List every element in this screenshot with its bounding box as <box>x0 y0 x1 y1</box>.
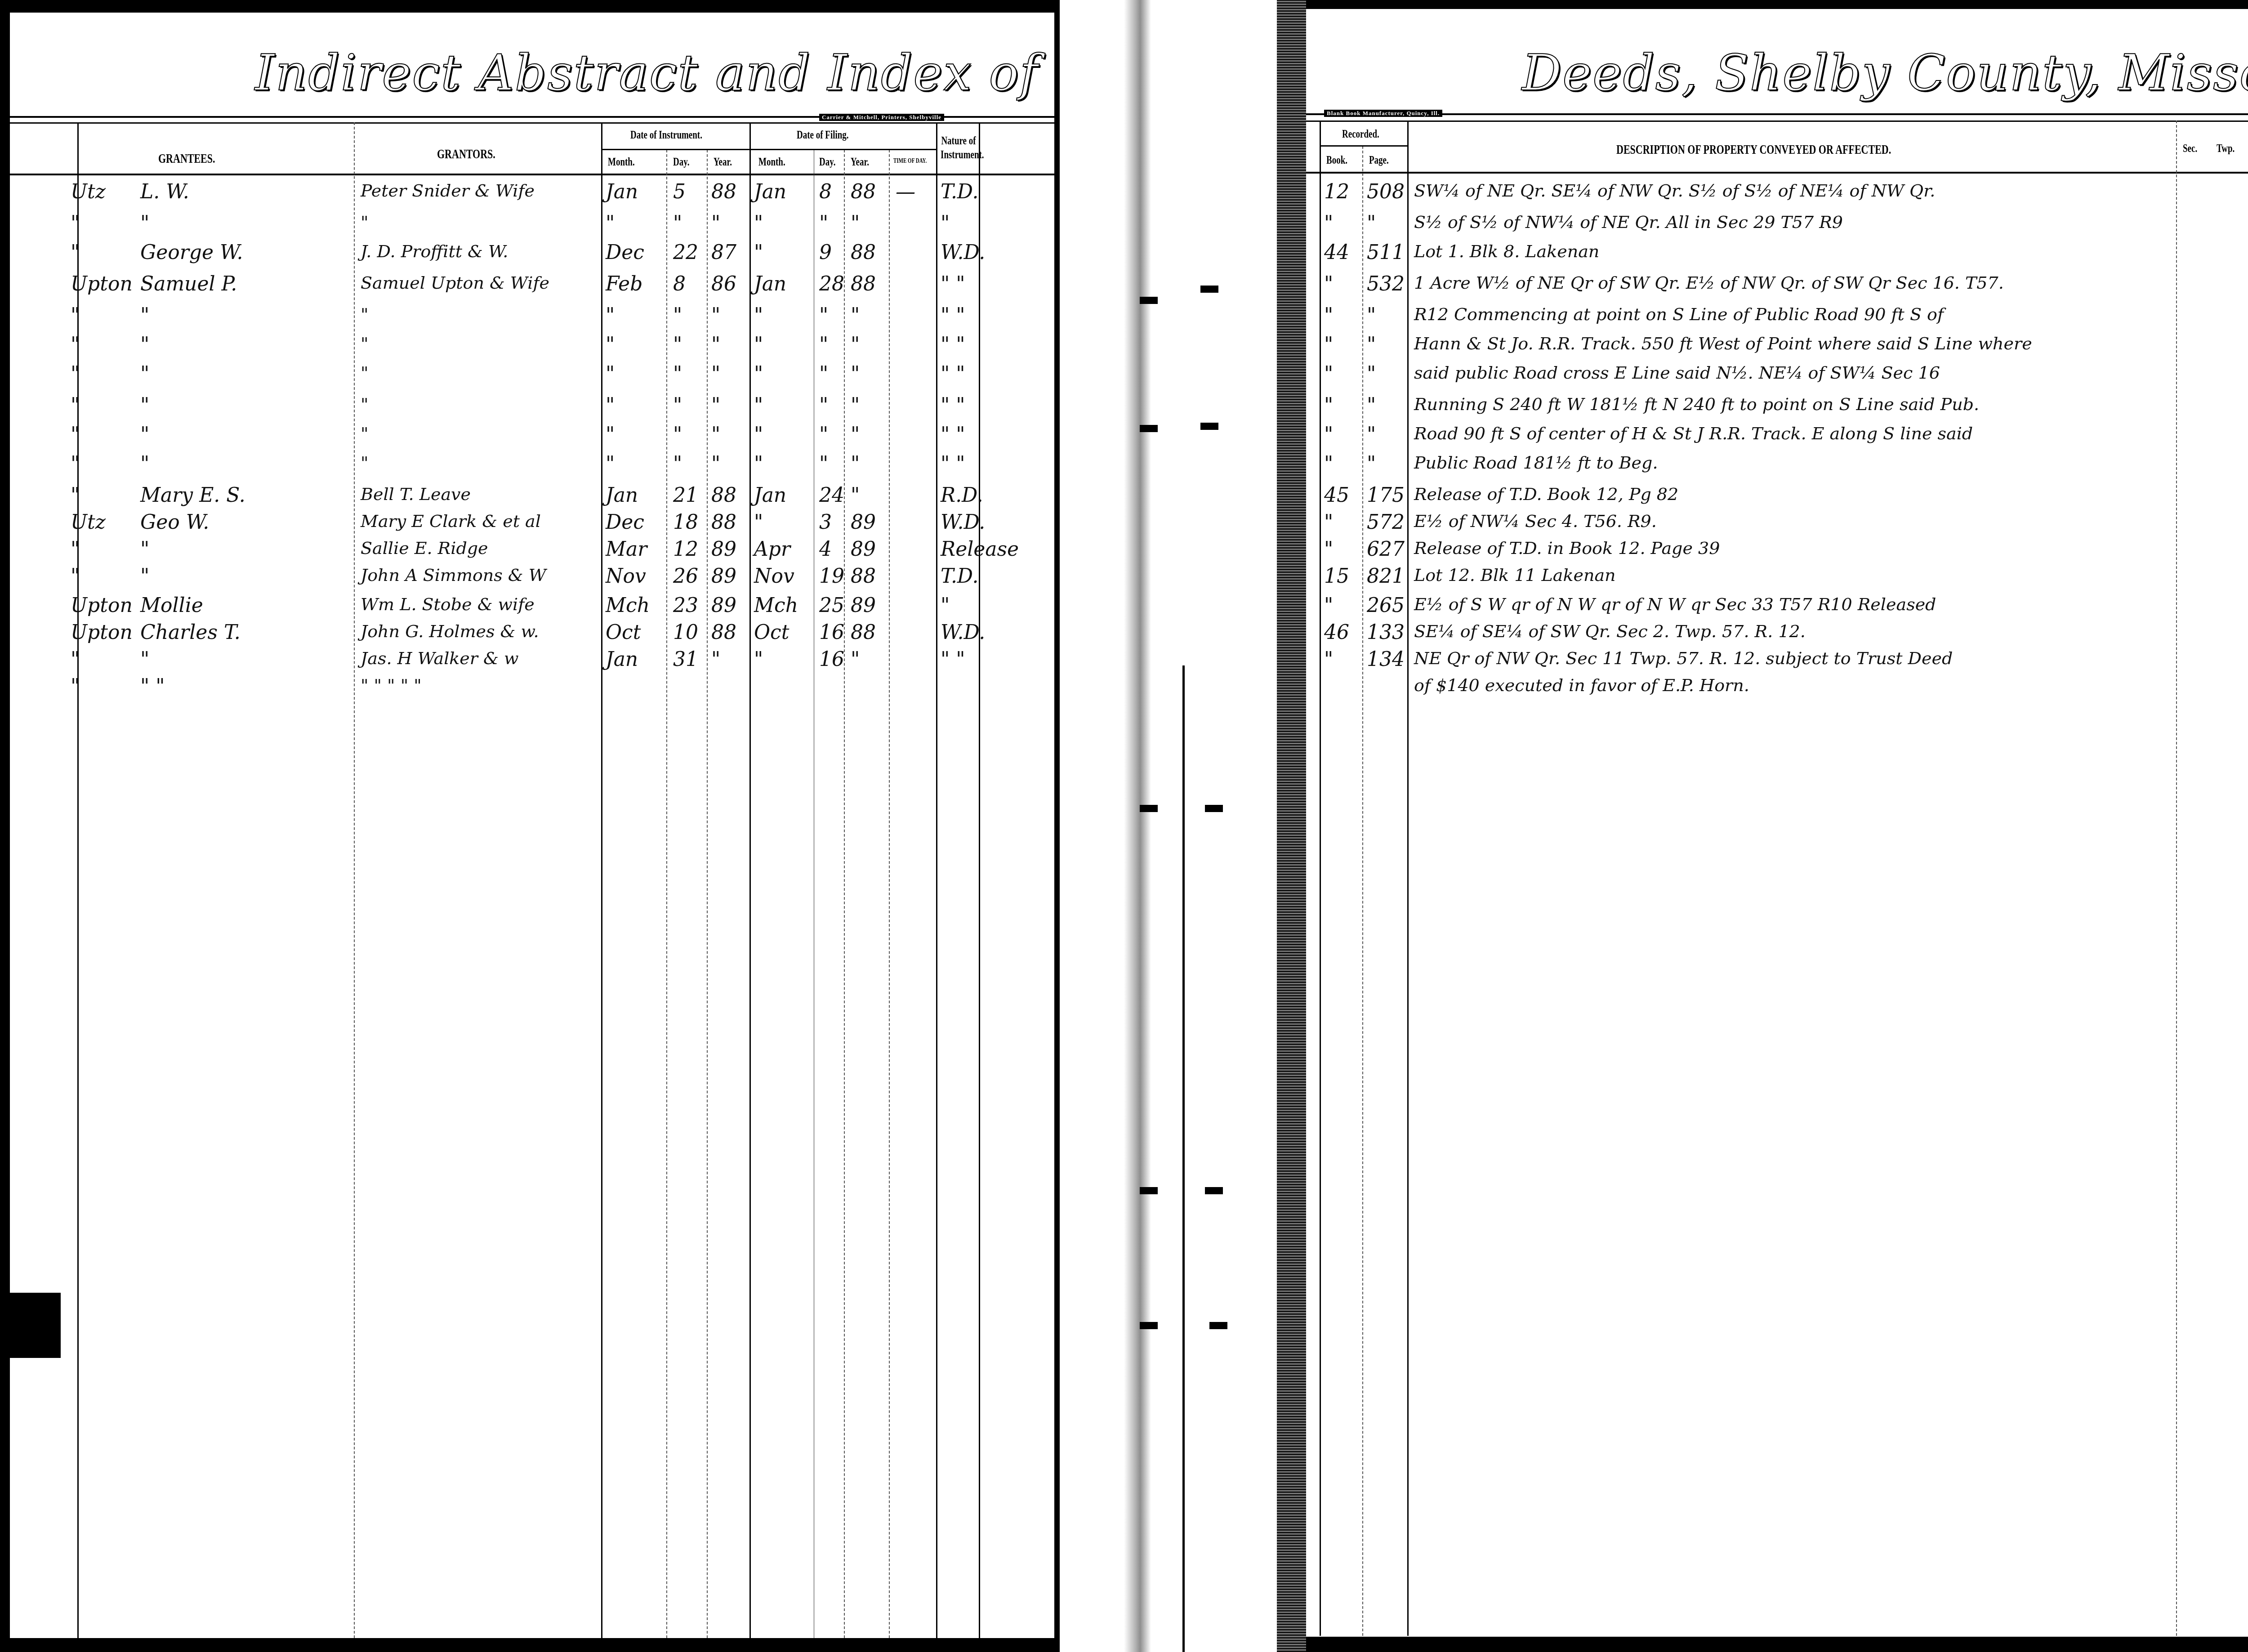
gutter-fold <box>1124 0 1151 1652</box>
entry-grantee-given: " <box>140 540 149 559</box>
entry-inst-year: " <box>711 335 720 355</box>
entry-file-year: " <box>851 364 860 384</box>
entry-page: 572 <box>1367 513 1405 532</box>
entry-inst-year: 88 <box>711 182 736 202</box>
entry-inst-month: " <box>606 364 615 384</box>
entry-grantee-given: Mollie <box>140 596 203 616</box>
entry-file-day: 24 <box>819 486 844 505</box>
entry-file-month: " <box>754 396 763 415</box>
entry-file-year: 88 <box>851 182 876 202</box>
entry-description: Running S 240 ft W 181½ ft N 240 ft to p… <box>1414 396 1979 413</box>
entry-file-month: Oct <box>754 623 789 643</box>
entry-page: 532 <box>1367 274 1405 294</box>
entry-nature: " " <box>941 425 965 445</box>
entry-grantor: Jas. H Walker & w <box>361 650 519 667</box>
entry-file-year: 89 <box>851 540 876 559</box>
entry-inst-day: " <box>673 454 682 474</box>
entry-book: " <box>1324 513 1333 532</box>
entry-grantee-given: " <box>140 567 149 586</box>
entry-file-year: 88 <box>851 567 876 586</box>
entry-grantee-given: Geo W. <box>140 513 209 532</box>
entry-inst-month: " <box>606 454 615 474</box>
entry-grantor: John A Simmons & W <box>361 567 546 584</box>
right-page: Deeds, Shelby County, Missouri. Blank Bo… <box>1306 9 2248 1637</box>
entry-grantee-surname: Upton <box>71 623 133 643</box>
header-nature: Nature of Instrument. <box>941 134 977 162</box>
entry-file-day: " <box>819 335 828 355</box>
entry-inst-day: 10 <box>673 623 698 643</box>
entry-grantor: Wm L. Stobe & wife <box>361 596 535 613</box>
entry-inst-year: 87 <box>711 243 736 263</box>
entry-file-month: Jan <box>754 486 786 505</box>
entry-grantee-surname: " <box>71 214 80 233</box>
binding-hole <box>1140 297 1158 304</box>
entry-inst-month: Oct <box>606 623 641 643</box>
entry-grantor: Mary E Clark & et al <box>361 513 541 530</box>
entry-file-month: Jan <box>754 182 786 202</box>
entry-file-year: " <box>851 454 860 474</box>
entry-description: E½ of NW¼ Sec 4. T56. R9. <box>1414 513 1657 530</box>
entry-nature: T.D. <box>941 567 979 586</box>
binding-hole <box>1140 425 1158 432</box>
entry-page: " <box>1367 214 1376 233</box>
entry-book: " <box>1324 596 1333 616</box>
entry-page: 508 <box>1367 182 1405 202</box>
entry-inst-year: " <box>711 454 720 474</box>
entry-file-day: 25 <box>819 596 844 616</box>
entry-file-month: Apr <box>754 540 790 559</box>
entry-file-day: " <box>819 214 828 233</box>
top-rule-2 <box>1306 121 2248 122</box>
header-grantors: GRANTORS. <box>437 147 495 162</box>
entry-file-year: " <box>851 396 860 415</box>
entry-file-month: " <box>754 650 763 670</box>
entry-page: 821 <box>1367 567 1405 586</box>
entry-file-month: " <box>754 364 763 384</box>
entry-file-month: " <box>754 243 763 263</box>
entry-file-month: " <box>754 306 763 326</box>
entry-file-month: " <box>754 454 763 474</box>
header-inst-day: Day. <box>673 156 689 169</box>
binding-hole <box>1200 423 1218 430</box>
col-line <box>844 150 845 1638</box>
entry-page: 627 <box>1367 540 1405 559</box>
entry-file-day: 4 <box>819 540 832 559</box>
entry-description: E½ of S W qr of N W qr of N W qr Sec 33 … <box>1414 596 1936 613</box>
header-date-of-instrument: Date of Instrument. <box>630 129 702 142</box>
entry-book: " <box>1324 274 1333 294</box>
printer-imprint: Carrier & Mitchell, Printers, Shelbyvill… <box>819 114 944 121</box>
entry-file-day: " <box>819 396 828 415</box>
entry-description: Release of T.D. Book 12, Pg 82 <box>1414 486 1678 503</box>
entry-description: R12 Commencing at point on S Line of Pub… <box>1414 306 1944 323</box>
entry-file-year: 88 <box>851 274 876 294</box>
entry-file-day: " <box>819 306 828 326</box>
entry-nature: " " <box>941 364 965 384</box>
entry-file-day: " <box>819 425 828 445</box>
entry-grantee-surname: Utz <box>71 513 106 532</box>
entry-file-month: Nov <box>754 567 794 586</box>
entry-page: " <box>1367 306 1376 326</box>
entry-grantee-surname: " <box>71 454 80 474</box>
entry-file-month: " <box>754 425 763 445</box>
entry-inst-day: " <box>673 306 682 326</box>
left-page: Indirect Abstract and Index of Carrier &… <box>10 13 1057 1638</box>
entry-inst-year: 88 <box>711 486 736 505</box>
entry-book: " <box>1324 425 1333 445</box>
entry-book: " <box>1324 335 1333 355</box>
entry-nature: " " <box>941 274 965 294</box>
entry-file-day: 16 <box>819 650 844 670</box>
entry-description: Road 90 ft S of center of H & St J R.R. … <box>1414 425 1973 442</box>
entry-time: — <box>896 182 915 202</box>
binding-hole <box>1200 286 1218 293</box>
entry-grantee-given: Charles T. <box>140 623 241 643</box>
entry-file-month: " <box>754 335 763 355</box>
entry-file-year: " <box>851 650 860 670</box>
binding-hole <box>1140 1322 1158 1329</box>
entry-book: " <box>1324 650 1333 670</box>
book-gutter <box>1057 0 1306 1652</box>
entry-file-month: " <box>754 513 763 532</box>
entry-description: 1 Acre W½ of NE Qr of SW Qr. E½ of NW Qr… <box>1414 274 2004 291</box>
header-time: TIME OF DAY. <box>893 157 927 165</box>
entry-inst-day: 12 <box>673 540 698 559</box>
entry-inst-year: " <box>711 425 720 445</box>
entry-grantor: " <box>361 396 368 413</box>
entry-grantee-surname: Utz <box>71 182 106 202</box>
entry-inst-day: 23 <box>673 596 698 616</box>
entry-inst-year: 86 <box>711 274 736 294</box>
entry-grantee-surname: " <box>71 243 80 263</box>
entry-page: " <box>1367 425 1376 445</box>
entry-inst-year: " <box>711 306 720 326</box>
entry-grantor: " <box>361 306 368 323</box>
col-line <box>1362 146 1363 1636</box>
entry-grantor: " <box>361 454 368 471</box>
entry-inst-day: " <box>673 364 682 384</box>
entry-book: 44 <box>1324 243 1349 263</box>
entry-file-day: 16 <box>819 623 844 643</box>
entry-book: " <box>1324 364 1333 384</box>
entry-description: S½ of S½ of NW¼ of NE Qr. All in Sec 29 … <box>1414 214 1843 231</box>
entry-book: 46 <box>1324 623 1349 643</box>
entry-nature: " " <box>941 335 965 355</box>
entry-grantor: " " " " " <box>361 677 422 694</box>
col-line <box>707 150 708 1638</box>
binding-hole <box>1140 1187 1158 1194</box>
entry-inst-year: 89 <box>711 540 736 559</box>
entry-inst-day: " <box>673 396 682 415</box>
entry-grantee-surname: " <box>71 364 80 384</box>
entry-file-year: " <box>851 214 860 233</box>
entry-inst-year: " <box>711 214 720 233</box>
entry-grantee-given: " <box>140 650 149 670</box>
entry-inst-day: 26 <box>673 567 698 586</box>
col-line <box>601 122 602 1638</box>
right-page-title: Deeds, Shelby County, Missouri. <box>1522 44 2248 102</box>
entry-file-day: " <box>819 364 828 384</box>
header-date-of-filing: Date of Filing. <box>797 129 849 142</box>
binding-hole <box>1205 1187 1223 1194</box>
entry-grantee-surname: " <box>71 306 80 326</box>
entry-file-day: 19 <box>819 567 844 586</box>
entry-inst-month: Mar <box>606 540 647 559</box>
header-book: Book. <box>1326 154 1347 167</box>
entry-grantee-surname: " <box>71 567 80 586</box>
entry-inst-month: Dec <box>606 513 644 532</box>
entry-inst-month: " <box>606 396 615 415</box>
entry-page: 511 <box>1367 243 1405 263</box>
entry-page: 175 <box>1367 486 1405 505</box>
gutter-line <box>1182 665 1185 1652</box>
entry-grantor: J. D. Proffitt & W. <box>361 243 508 260</box>
col-line <box>936 122 937 1638</box>
entry-grantor: Peter Snider & Wife <box>361 182 535 199</box>
col-line <box>2176 121 2177 1636</box>
entry-book: " <box>1324 540 1333 559</box>
entry-inst-day: 18 <box>673 513 698 532</box>
entry-inst-year: 89 <box>711 567 736 586</box>
header-inst-year: Year. <box>714 156 732 169</box>
entry-nature: W.D. <box>941 623 985 643</box>
entry-page: 134 <box>1367 650 1405 670</box>
entry-description: Hann & St Jo. R.R. Track. 550 ft West of… <box>1414 335 2032 352</box>
entry-grantee-surname: Upton <box>71 596 133 616</box>
col-line <box>814 150 814 1638</box>
header-file-year: Year. <box>851 156 869 169</box>
entry-nature: " <box>941 214 950 233</box>
top-rule <box>1306 113 2248 115</box>
header-grantees: GRANTEES. <box>158 151 215 166</box>
entry-grantee-surname: Upton <box>71 274 133 294</box>
entry-grantee-given: Mary E. S. <box>140 486 245 505</box>
entry-inst-month: " <box>606 306 615 326</box>
entry-file-day: " <box>819 454 828 474</box>
col-line <box>1407 121 1409 1636</box>
entry-inst-month: Jan <box>606 486 638 505</box>
entry-grantee-given: " <box>140 214 149 233</box>
entry-grantee-surname: " <box>71 540 80 559</box>
entry-file-year: 88 <box>851 623 876 643</box>
recorded-sub-rule <box>1320 145 1407 147</box>
entry-description: SE¼ of SE¼ of SW Qr. Sec 2. Twp. 57. R. … <box>1414 623 1806 640</box>
entry-nature: Release <box>941 540 1019 559</box>
left-page-title: Indirect Abstract and Index of <box>255 44 1039 102</box>
entry-inst-day: 22 <box>673 243 698 263</box>
entry-file-day: 8 <box>819 182 832 202</box>
entry-grantee-given: " <box>140 425 149 445</box>
entry-description: Lot 1. Blk 8. Lakenan <box>1414 243 1599 260</box>
entry-page: 265 <box>1367 596 1405 616</box>
entry-inst-day: " <box>673 214 682 233</box>
entry-nature: " " <box>941 396 965 415</box>
top-rule-2 <box>10 122 1057 124</box>
entry-file-month: Jan <box>754 274 786 294</box>
entry-inst-year: 89 <box>711 596 736 616</box>
entry-file-day: 3 <box>819 513 832 532</box>
entry-file-year: " <box>851 486 860 505</box>
entry-file-day: 28 <box>819 274 844 294</box>
entry-grantee-given: George W. <box>140 243 243 263</box>
entry-inst-day: 31 <box>673 650 698 670</box>
entry-grantee-surname: " <box>71 677 80 697</box>
binding-hole <box>1140 805 1158 812</box>
col-line <box>979 122 980 1638</box>
entry-inst-year: " <box>711 364 720 384</box>
entry-file-month: " <box>754 214 763 233</box>
header-file-month: Month. <box>758 156 785 169</box>
entry-inst-day: " <box>673 335 682 355</box>
entry-grantee-surname: " <box>71 486 80 505</box>
entry-description: SW¼ of NE Qr. SE¼ of NW Qr. S½ of S½ of … <box>1414 182 1935 199</box>
entry-page: " <box>1367 396 1376 415</box>
entry-file-year: 88 <box>851 243 876 263</box>
entry-inst-year: 88 <box>711 623 736 643</box>
col-line <box>889 150 890 1638</box>
entry-grantee-given: " <box>140 364 149 384</box>
entry-nature: " " <box>941 306 965 326</box>
entry-nature: " <box>941 596 950 616</box>
entry-grantee-given: " <box>140 306 149 326</box>
entry-inst-month: " <box>606 425 615 445</box>
header-page: Page. <box>1369 154 1389 167</box>
header-description: DESCRIPTION OF PROPERTY CONVEYED OR AFFE… <box>1616 142 1891 157</box>
entry-grantee-given: " <box>140 396 149 415</box>
header-twp: Twp. <box>2217 143 2235 156</box>
entry-book: " <box>1324 306 1333 326</box>
entry-book: " <box>1324 214 1333 233</box>
entry-nature: W.D. <box>941 513 985 532</box>
entry-page: 133 <box>1367 623 1405 643</box>
entry-book: " <box>1324 454 1333 474</box>
entry-inst-month: Nov <box>606 567 646 586</box>
entry-grantee-given: " " <box>140 677 165 697</box>
entry-nature: " " <box>941 650 965 670</box>
entry-grantee-surname: " <box>71 396 80 415</box>
entry-page: " <box>1367 454 1376 474</box>
entry-grantor: " <box>361 214 368 231</box>
entry-inst-day: " <box>673 425 682 445</box>
scan-left-edge <box>0 0 10 1652</box>
entry-nature: R.D. <box>941 486 983 505</box>
printer-imprint: Blank Book Manufacturer, Quincy, Ill. <box>1324 110 1442 117</box>
entry-book: 15 <box>1324 567 1349 586</box>
entry-inst-day: 21 <box>673 486 698 505</box>
col-line <box>749 122 751 1638</box>
entry-grantee-given: " <box>140 454 149 474</box>
col-line <box>666 150 667 1638</box>
entry-inst-year: " <box>711 650 720 670</box>
entry-grantor: John G. Holmes & w. <box>361 623 539 640</box>
entry-inst-month: Jan <box>606 650 638 670</box>
entry-grantor: " <box>361 425 368 442</box>
header-bottom-rule <box>10 174 1057 175</box>
gutter-edge <box>1277 0 1306 1652</box>
entry-inst-month: Mch <box>606 596 650 616</box>
entry-inst-year: " <box>711 396 720 415</box>
entry-grantor: Samuel Upton & Wife <box>361 274 549 291</box>
entry-grantee-given: " <box>140 335 149 355</box>
col-line <box>1320 121 1321 1636</box>
entry-nature: " " <box>941 454 965 474</box>
entry-grantor: " <box>361 364 368 381</box>
header-bottom-rule <box>1306 172 2248 174</box>
header-file-day: Day. <box>819 156 835 169</box>
header-inst-month: Month. <box>608 156 635 169</box>
entry-grantor: Sallie E. Ridge <box>361 540 488 557</box>
entry-file-year: 89 <box>851 513 876 532</box>
entry-nature: W.D. <box>941 243 985 263</box>
entry-inst-month: Jan <box>606 182 638 202</box>
entry-inst-day: 5 <box>673 182 686 202</box>
entry-inst-month: Feb <box>606 274 642 294</box>
scan-margin-block <box>0 1293 61 1358</box>
header-recorded: Recorded. <box>1342 128 1379 141</box>
entry-book: " <box>1324 396 1333 415</box>
entry-nature: T.D. <box>941 182 979 202</box>
col-line <box>354 122 355 1638</box>
entry-description: Lot 12. Blk 11 Lakenan <box>1414 567 1616 584</box>
entry-description: Release of T.D. in Book 12. Page 39 <box>1414 540 1720 557</box>
entry-inst-month: Dec <box>606 243 644 263</box>
entry-inst-year: 88 <box>711 513 736 532</box>
entry-grantee-given: Samuel P. <box>140 274 237 294</box>
entry-page: " <box>1367 335 1376 355</box>
entry-inst-month: " <box>606 335 615 355</box>
entry-grantor: " <box>361 335 368 352</box>
entry-file-year: " <box>851 425 860 445</box>
entry-grantee-surname: " <box>71 650 80 670</box>
entry-description: Public Road 181½ ft to Beg. <box>1414 454 1658 471</box>
entry-description: NE Qr of NW Qr. Sec 11 Twp. 57. R. 12. s… <box>1414 650 1953 667</box>
entry-inst-day: 8 <box>673 274 686 294</box>
entry-book: 12 <box>1324 182 1349 202</box>
header-sec: Sec. <box>2183 143 2197 156</box>
entry-inst-month: " <box>606 214 615 233</box>
binding-hole <box>1209 1322 1227 1329</box>
entry-description: of $140 executed in favor of E.P. Horn. <box>1414 677 1749 694</box>
entry-file-day: 9 <box>819 243 832 263</box>
entry-file-year: " <box>851 306 860 326</box>
entry-book: 45 <box>1324 486 1349 505</box>
entry-grantee-surname: " <box>71 335 80 355</box>
entry-description: said public Road cross E Line said N½. N… <box>1414 364 1940 381</box>
gutter-shadow <box>1054 0 1060 1652</box>
entry-file-year: 89 <box>851 596 876 616</box>
binding-hole <box>1205 805 1223 812</box>
entry-page: " <box>1367 364 1376 384</box>
entry-file-year: " <box>851 335 860 355</box>
entry-file-month: Mch <box>754 596 798 616</box>
entry-grantee-given: L. W. <box>140 182 189 202</box>
date-sub-rule <box>601 149 936 150</box>
entry-grantor: Bell T. Leave <box>361 486 471 503</box>
entry-grantee-surname: " <box>71 425 80 445</box>
